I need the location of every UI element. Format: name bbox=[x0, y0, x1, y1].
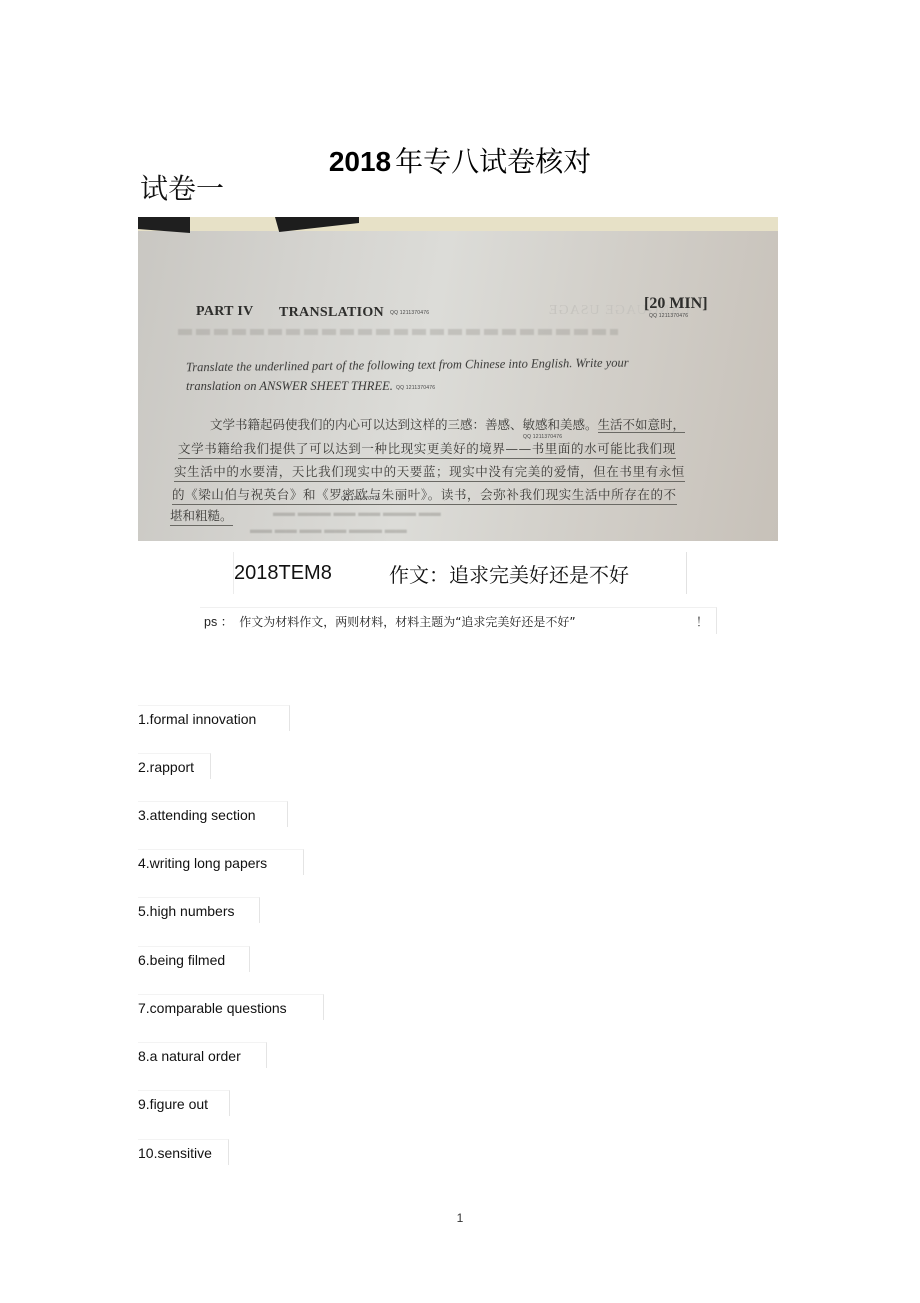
exam-paper-photo: PART IV TRANSLATION QQ 1211370476 LANGUA… bbox=[138, 217, 778, 541]
passage-line-2: 文学书籍给我们提供了可以达到一种比现实更美好的境界——书里面的水可能比我们现 bbox=[178, 439, 676, 459]
watermark: QQ 1211370476 bbox=[390, 310, 429, 316]
note-end: ！ bbox=[696, 613, 708, 630]
faint-text-line: ▬▬ ▬▬▬ ▬▬ ▬▬ ▬▬▬ ▬▬ bbox=[273, 507, 441, 519]
title-year: 2018 bbox=[329, 146, 391, 177]
instruction-line-2: translation on ANSWER SHEET THREE. bbox=[186, 379, 393, 394]
faint-text-line bbox=[178, 329, 618, 335]
essay-topic: 作文：追求完美好还是不好 bbox=[389, 559, 629, 588]
passage-line-5: 堪和粗糙。 bbox=[170, 506, 233, 526]
title-text: 年专八试卷核对 bbox=[395, 145, 591, 178]
essay-title-box: 2018TEM8 作文：追求完美好还是不好 bbox=[233, 552, 687, 594]
essay-note: ps ： 作文为材料作文，两则材料，材料主题为“追求完美好还是不好” ！ bbox=[200, 607, 717, 634]
answer-item: 9.figure out bbox=[138, 1090, 230, 1116]
page-title: 2018年专八试卷核对 bbox=[0, 143, 920, 181]
watermark: QQ 1211370476 bbox=[341, 496, 380, 502]
time-limit: [20 MIN] bbox=[644, 295, 708, 313]
note-label: ps ： bbox=[204, 612, 233, 630]
answer-item: 2.rapport bbox=[138, 753, 211, 779]
part-title: TRANSLATION bbox=[279, 305, 384, 321]
answer-item: 4.writing long papers bbox=[138, 849, 304, 875]
instruction-line-1: Translate the underlined part of the fol… bbox=[186, 356, 629, 376]
passage-line-4: 的《梁山伯与祝英台》和《罗密欧与朱丽叶》。读书，会弥补我们现实生活中所存在的不 bbox=[172, 485, 677, 505]
answer-item: 7.comparable questions bbox=[138, 994, 324, 1020]
answer-item: 1.formal innovation bbox=[138, 705, 290, 731]
passage-underlined: 生活不如意时， bbox=[598, 417, 686, 433]
answer-item: 6.being filmed bbox=[138, 946, 250, 972]
page-number: 1 bbox=[0, 1211, 920, 1225]
essay-code: 2018TEM8 bbox=[234, 562, 389, 585]
answer-item: 3.attending section bbox=[138, 801, 288, 827]
desk-background bbox=[138, 217, 778, 231]
passage-line-3: 实生活中的水要清，天比我们现实中的天要蓝；现实中没有完美的爱情，但在书里有永恒 bbox=[174, 462, 685, 482]
answer-item: 10.sensitive bbox=[138, 1139, 229, 1165]
faint-text-line: ▬▬ ▬▬ ▬▬ ▬▬ ▬▬▬ ▬▬ bbox=[250, 524, 407, 536]
answer-item: 5.high numbers bbox=[138, 897, 260, 923]
passage-line-1: 文学书籍起码使我们的内心可以达到这样的三感：善感、敏感和美感。生活不如意时， bbox=[210, 415, 685, 433]
watermark: QQ 1211370476 bbox=[649, 313, 688, 319]
note-text: 作文为材料作文，两则材料，材料主题为“追求完美好还是不好” bbox=[239, 613, 575, 630]
part-label: PART IV bbox=[196, 304, 254, 320]
section-heading: 试卷一 bbox=[140, 170, 224, 208]
passage-plain: 文学书籍起码使我们的内心可以达到这样的三感：善感、敏感和美感。 bbox=[210, 417, 598, 432]
watermark: QQ 1211370476 bbox=[396, 385, 435, 391]
answer-item: 8.a natural order bbox=[138, 1042, 267, 1068]
